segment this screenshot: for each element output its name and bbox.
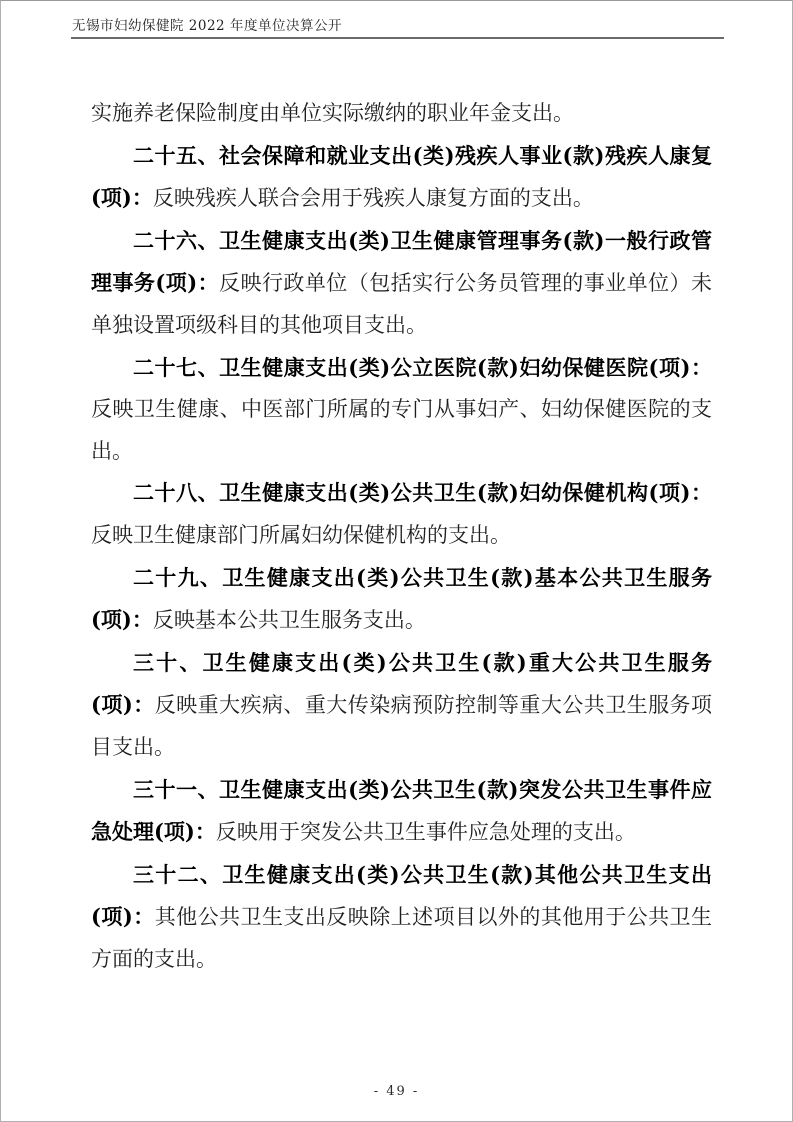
header-rule-divider [71,37,724,39]
page-number: - 49 - [1,1084,792,1099]
paragraph-text: 反映卫生健康、中医部门所属的专门从事妇产、妇幼保健医院的支出。 [91,397,712,463]
page-header-title: 无锡市妇幼保健院 2022 年度单位决算公开 [72,14,342,34]
paragraph-text: 反映基本公共卫生服务支出。 [153,608,426,632]
paragraph: 二十六、卫生健康支出(类)卫生健康管理事务(款)一般行政管理事务(项)：反映行政… [91,220,712,347]
paragraph: 三十二、卫生健康支出(类)公共卫生(款)其他公共卫生支出(项)：其他公共卫生支出… [91,854,712,981]
paragraph-text: 反映重大疾病、重大传染病预防控制等重大公共卫生服务项目支出。 [91,693,712,759]
paragraph: 三十、卫生健康支出(类)公共卫生(款)重大公共卫生服务(项)：反映重大疾病、重大… [91,642,712,769]
document-page: { "header": { "title": "无锡市妇幼保健院 2022 年度… [0,0,793,1122]
paragraph-text: 反映卫生健康部门所属妇幼保健机构的支出。 [91,523,511,547]
paragraph: 二十八、卫生健康支出(类)公共卫生(款)妇幼保健机构(项)：反映卫生健康部门所属… [91,472,712,556]
paragraph-text: 其他公共卫生支出反映除上述项目以外的其他用于公共卫生方面的支出。 [91,905,712,971]
paragraph-lead: 二十七、卫生健康支出(类)公立医院(款)妇幼保健医院(项)： [133,355,712,380]
document-body: 实施养老保险制度由单位实际缴纳的职业年金支出。 二十五、社会保障和就业支出(类)… [91,93,712,980]
paragraph: 三十一、卫生健康支出(类)公共卫生(款)突发公共卫生事件应急处理(项)：反映用于… [91,769,712,854]
paragraph: 二十七、卫生健康支出(类)公立医院(款)妇幼保健医院(项)：反映卫生健康、中医部… [91,347,712,473]
paragraph: 实施养老保险制度由单位实际缴纳的职业年金支出。 [91,93,712,135]
paragraph: 二十五、社会保障和就业支出(类)残疾人事业(款)残疾人康复(项)：反映残疾人联合… [91,135,712,220]
paragraph-text: 实施养老保险制度由单位实际缴纳的职业年金支出。 [91,101,574,125]
paragraph-text: 反映残疾人联合会用于残疾人康复方面的支出。 [153,186,594,210]
paragraph: 二十九、卫生健康支出(类)公共卫生(款)基本公共卫生服务(项)：反映基本公共卫生… [91,557,712,642]
paragraph-lead: 二十八、卫生健康支出(类)公共卫生(款)妇幼保健机构(项)： [133,480,712,505]
paragraph-text: 反映用于突发公共卫生事件应急处理的支出。 [216,820,636,844]
